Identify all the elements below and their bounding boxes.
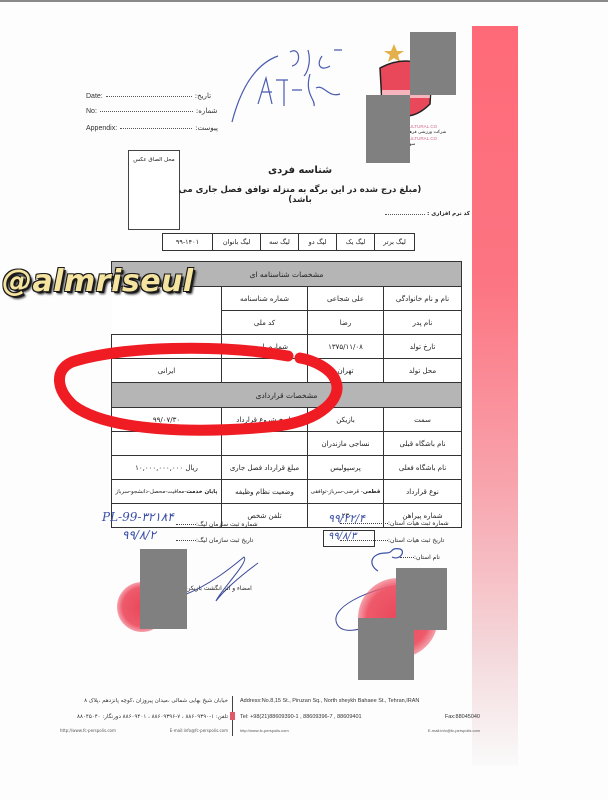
league-table: لیگ برتر لیگ یک لیگ دو لیگ سه لیگ بانوان… [162,233,415,251]
league-reg-number-field: شماره ثبت سازمان لیگ: [176,521,258,528]
footer-email-right[interactable]: E-mail:info@fc-perspolis.com [240,728,480,733]
handwritten-top-note [230,44,360,124]
appendix-field: Appendix::پیوست [86,124,218,132]
date-field: Date::تاریخ [86,92,211,100]
redaction-block [366,95,410,163]
province-reg-date-handwritten: ۹۹/۸/۳ [328,531,356,542]
league-cell: لیگ دو [299,234,337,251]
table-row: نام پدر رضا کد ملی [112,311,462,335]
table-row: نوع قرارداد قطعی- قرضی-سرباز-توافقی وضعی… [112,480,462,504]
league-reg-date-field: تاریخ ثبت سازمان لیگ: [176,537,253,544]
league-reg-date-handwritten: ۹۹/۸/۲ [122,528,156,542]
number-field: No::شماره [86,107,217,115]
document-subtitle: (مبلغ درج شده در این برگه به منزله توافق… [170,185,430,205]
player-signature-label: امضاء و اثر انگشت بازیکن [186,585,252,592]
province-reg-number-handwritten: ۹۹/۲۲/۴ [328,512,365,525]
software-code-field: کد نرم افزاری : [370,211,470,217]
letterhead-pink-stripe [472,26,518,766]
watermark-handle: @almriseul [2,264,194,299]
player-signature [180,555,260,605]
table-row: نام باشگاه فعلی پرسپولیس مبلغ قرارداد فص… [112,456,462,480]
footer-address-en: Address:No.8,15 St., Piruzan Sq., North … [240,698,480,704]
footer-fax-en: Fax:88045040 [240,714,480,720]
league-cell: لیگ یک [337,234,375,251]
redaction-block [410,32,456,95]
redaction-block [358,618,414,680]
footer-email-left[interactable]: E-mail:info@fc-perspolis.com [60,728,228,733]
season-cell: ۹۹-۱۴۰۱ [163,234,213,251]
document-title: شناسه فردی [190,165,410,176]
footer-address-fa: خیابان شیخ بهایی شمالی ،میدان پیروزان ،ک… [60,698,228,704]
league-reg-number-handwritten: PL-99-۳۲۱۸۴ [102,510,174,524]
footer-phone-fa: تلفن: ۱-۸۸۶۰۹۳۹۰ ، ۷-۸۸۶۰۹۳۹۶ ، ۸۸۶۰۹۴۰۱… [60,714,228,720]
league-cell: لیگ بانوان [213,234,261,251]
league-cell: لیگ سه [261,234,299,251]
red-annotation-circle [50,340,380,440]
footer-red-mark [230,712,235,720]
league-cell: لیگ برتر [375,234,415,251]
top-border [0,0,608,2]
redaction-block [140,549,187,629]
